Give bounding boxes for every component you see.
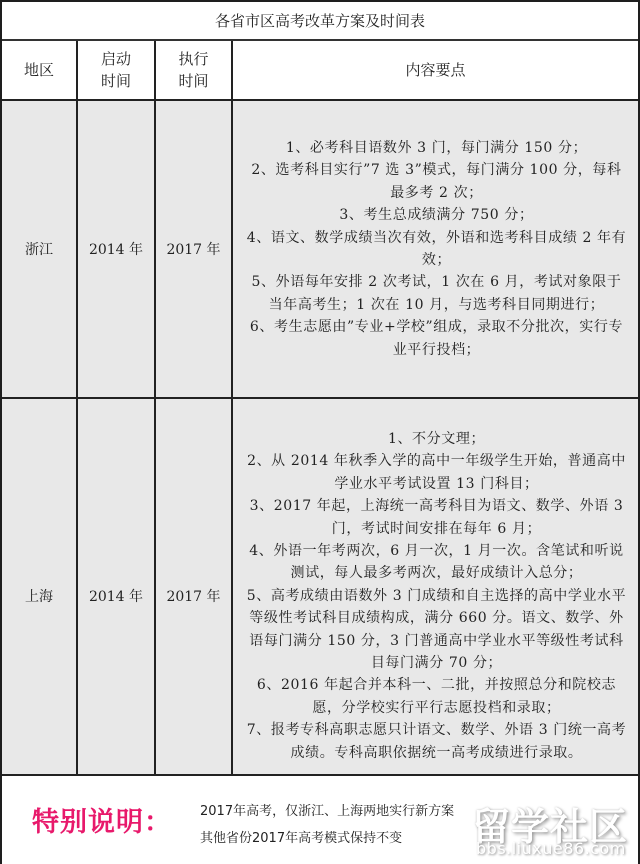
content-item: 4、语文、数学成绩当次有效，外语和选考科目成绩 2 年有效； [245, 227, 628, 272]
reform-schedule-table: 地区 启动 时间 执行 时间 内容要点 浙江 2014 年 2017 年 1、必… [2, 41, 638, 795]
header-exec-time: 执行 时间 [155, 41, 232, 100]
special-note-section: 特别说明： 2017年高考，仅浙江、上海两地实行新方案 其他省份2017年高考模… [2, 774, 638, 864]
cell-region: 上海 [2, 398, 77, 794]
content-item: 6、考生志愿由”专业+学校”组成，录取不分批次，实行专业平行投档； [245, 316, 628, 361]
special-note-text: 2017年高考，仅浙江、上海两地实行新方案 其他省份2017年高考模式保持不变 [200, 798, 454, 852]
special-note-label: 特别说明： [32, 800, 172, 839]
note-line: 2017年高考，仅浙江、上海两地实行新方案 [200, 798, 454, 825]
reform-table-document: 各省市区高考改革方案及时间表 地区 启动 时间 执行 时间 内容要点 浙江 [0, 0, 640, 864]
table-row-shanghai: 上海 2014 年 2017 年 1、不分文理； 2、从 2014 年秋季入学的… [2, 398, 638, 794]
content-item: 1、不分文理； [245, 428, 628, 450]
header-region: 地区 [2, 41, 77, 100]
content-item: 2、选考科目实行”7 选 3”模式，每门满分 100 分，每科最多考 2 次； [245, 159, 628, 204]
cell-content: 1、不分文理； 2、从 2014 年秋季入学的高中一年级学生开始，普通高中学业水… [232, 398, 638, 794]
cell-start-time: 2014 年 [77, 100, 155, 398]
table-row-zhejiang: 浙江 2014 年 2017 年 1、必考科目语数外 3 门，每门满分 150 … [2, 100, 638, 398]
header-content: 内容要点 [232, 41, 638, 100]
cell-region: 浙江 [2, 100, 77, 398]
content-item: 1、必考科目语数外 3 门，每门满分 150 分； [245, 137, 628, 159]
cell-content: 1、必考科目语数外 3 门，每门满分 150 分； 2、选考科目实行”7 选 3… [232, 100, 638, 398]
note-line: 其他省份2017年高考模式保持不变 [200, 825, 454, 852]
cell-exec-time: 2017 年 [155, 398, 232, 794]
content-item: 3、2017 年起，上海统一高考科目为语文、数学、外语 3 门，考试时间安排在每… [245, 495, 628, 540]
cell-start-time: 2014 年 [77, 398, 155, 794]
header-row: 地区 启动 时间 执行 时间 内容要点 [2, 41, 638, 100]
content-item: 6、2016 年起合并本科一、二批，并按照总分和院校志愿，分学校实行平行志愿投档… [245, 674, 628, 719]
cell-exec-time: 2017 年 [155, 100, 232, 398]
header-start-time: 启动 时间 [77, 41, 155, 100]
content-item: 4、外语一年考两次，6 月一次，1 月一次。含笔试和听说测试，每人最多考两次，最… [245, 540, 628, 585]
content-item: 2、从 2014 年秋季入学的高中一年级学生开始，普通高中学业水平考试设置 13… [245, 450, 628, 495]
content-item: 5、高考成绩由语数外 3 门成绩和自主选择的高中学业水平等级性考试科目成绩构成，… [245, 585, 628, 675]
content-item: 7、报考专科高职志愿只计语文、数学、外语 3 门统一高考成绩。专科高职依据统一高… [245, 719, 628, 764]
content-item: 5、外语每年安排 2 次考试，1 次在 6 月，考试对象限于当年高考生；1 次在… [245, 271, 628, 316]
table-title: 各省市区高考改革方案及时间表 [2, 2, 638, 41]
content-item: 3、考生总成绩满分 750 分； [245, 204, 628, 226]
